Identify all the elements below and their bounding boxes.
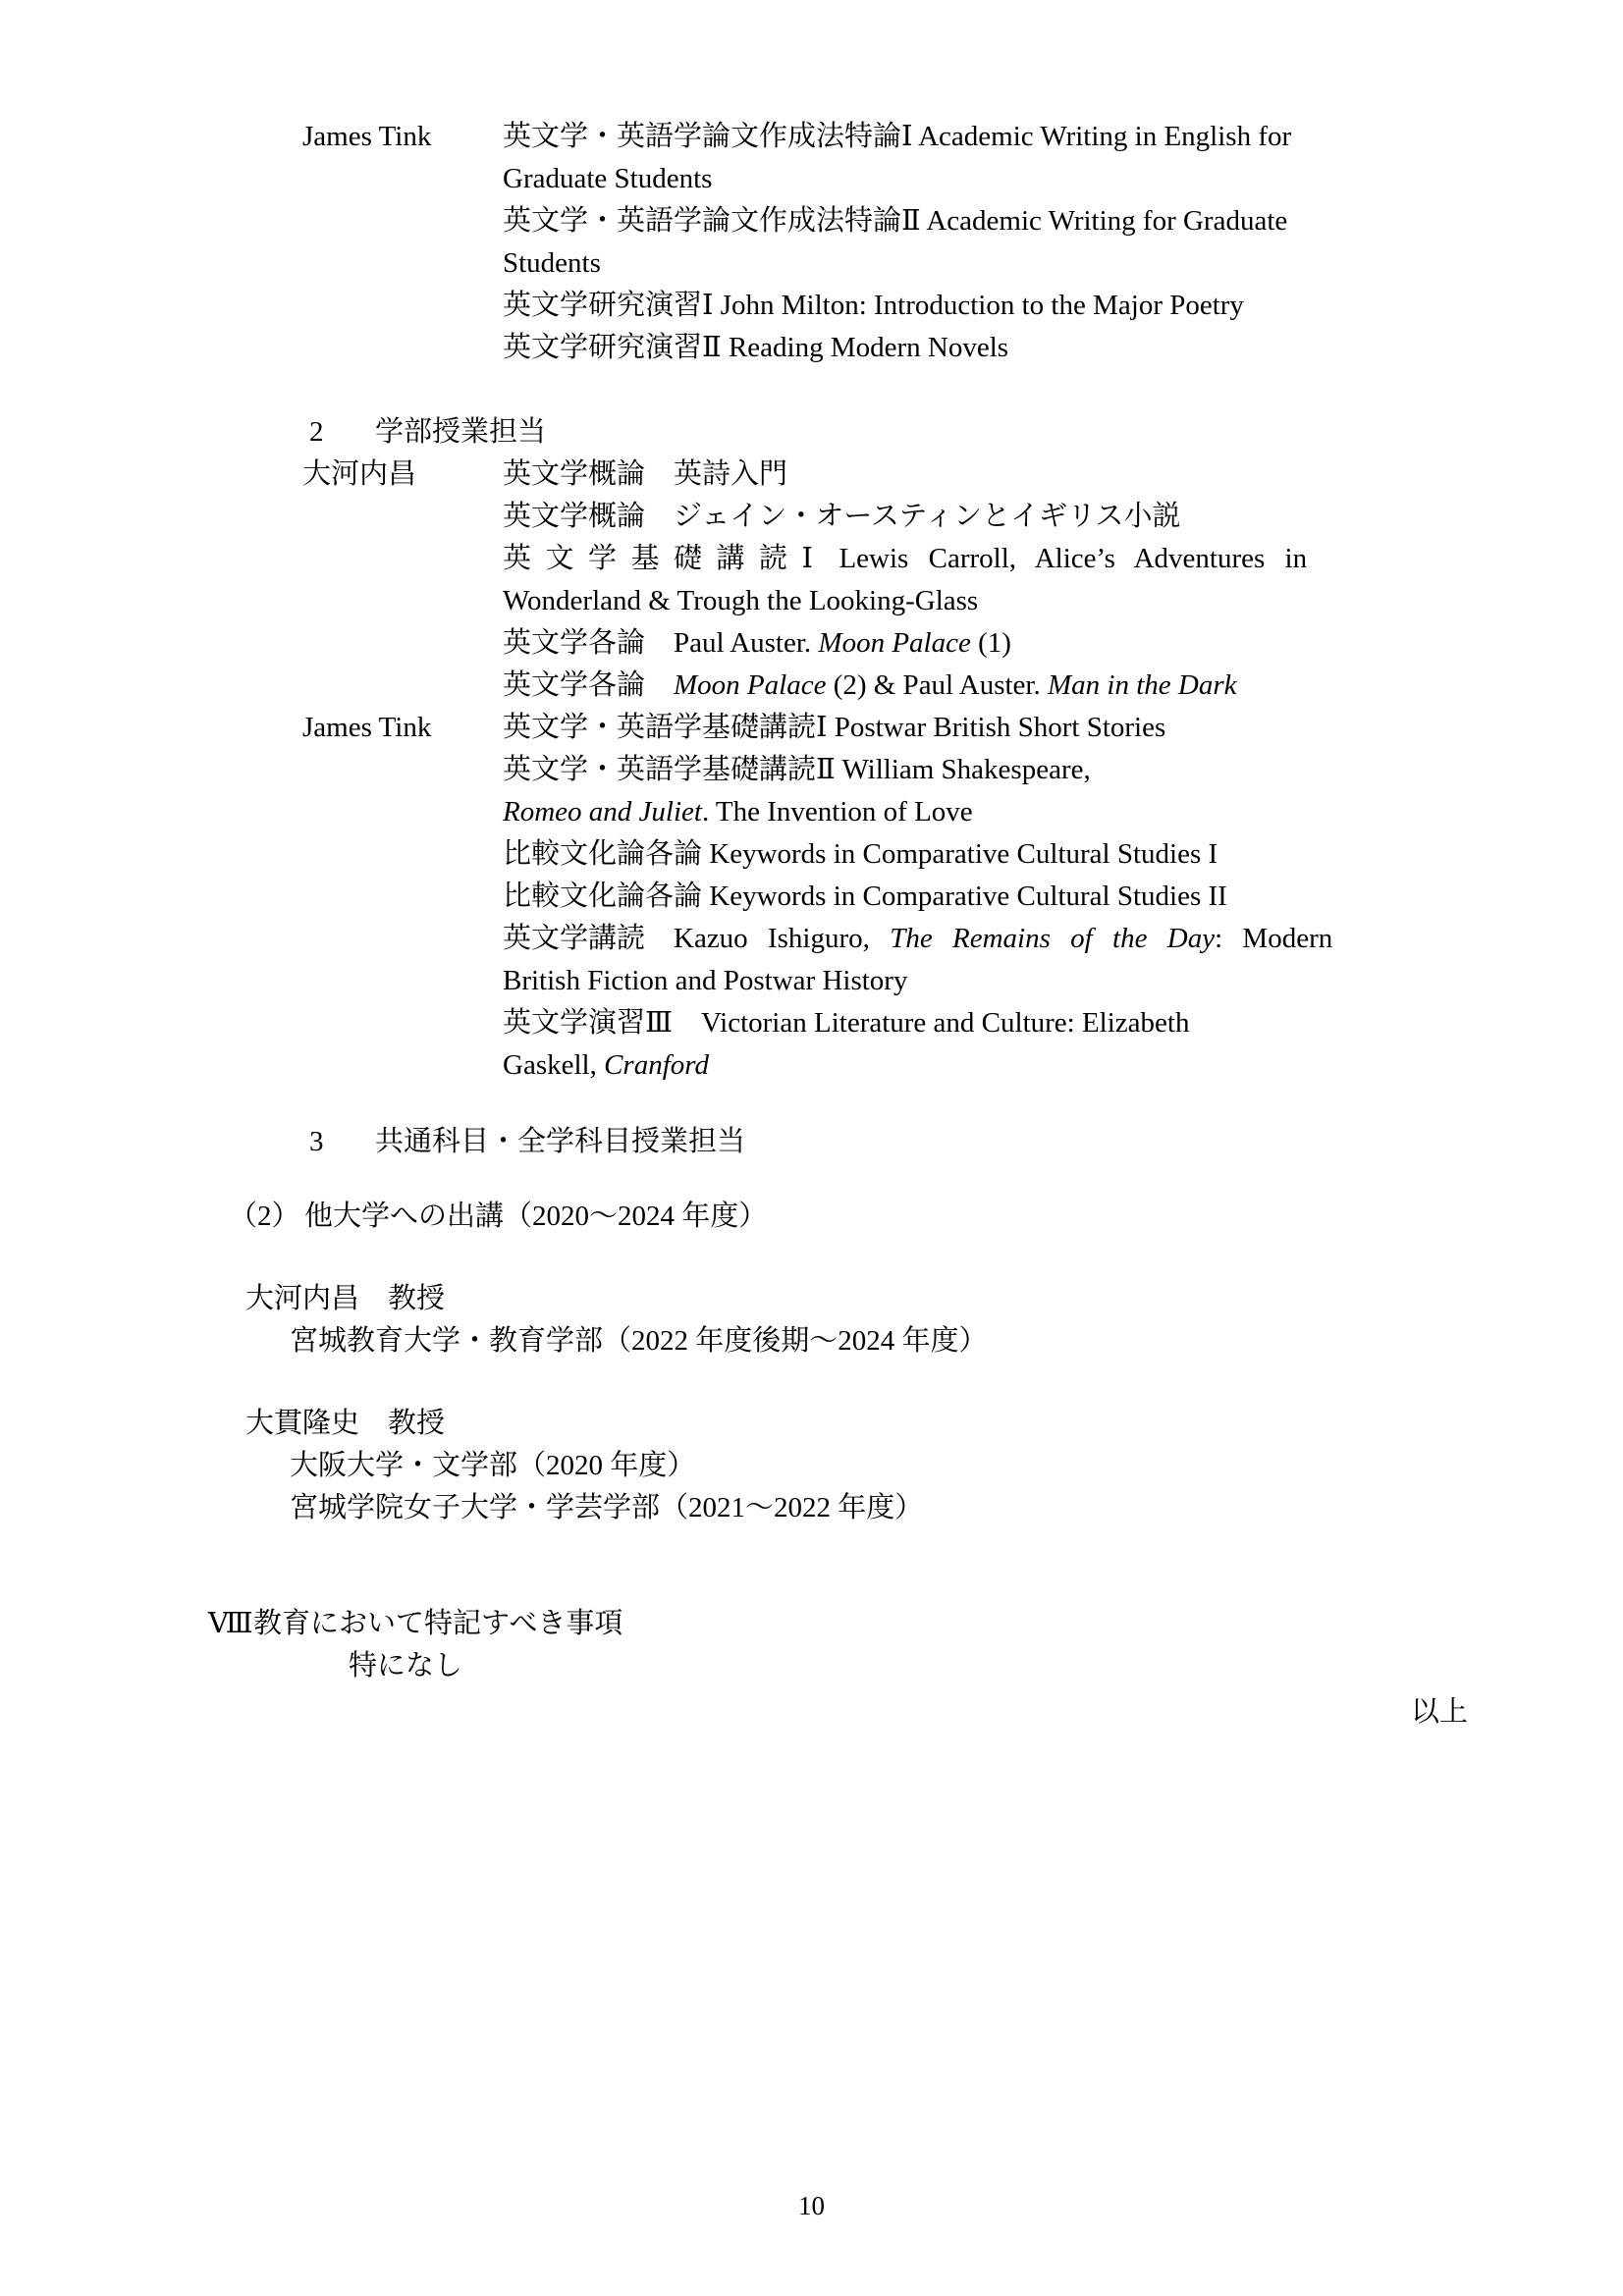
instructor-entry: 大河内昌英文学概論 英詩入門英文学概論 ジェイン・オースティンとイギリス小説英文… [0, 454, 1623, 707]
course-line: 英文学講読 Kazuo Ishiguro, The Remains of the… [503, 918, 1445, 960]
course-line: Romeo and Juliet. The Invention of Love [503, 791, 1445, 833]
course-line: 英文学概論 ジェイン・オースティンとイギリス小説 [503, 496, 1445, 538]
professor-entry: 大貫隆史教授大阪大学・文学部（2020 年度）宮城学院女子大学・学芸学部（202… [0, 1403, 1623, 1529]
course-line: 英文学各論 Paul Auster. Moon Palace (1) [503, 622, 1445, 665]
section-undergraduate-courses: 2 学部授業担当 大河内昌英文学概論 英詩入門英文学概論 ジェイン・オースティン… [0, 411, 1623, 1087]
section-graduate-courses-continued: James Tink 英文学・英語学論文作成法特論Ⅰ Academic Writ… [0, 116, 1623, 369]
section-title: 共通科目・全学科目授業担当 [375, 1121, 1623, 1163]
professor-name-line: 大貫隆史教授 [245, 1403, 1623, 1445]
course-line: 英文学・英語学基礎講読Ⅱ William Shakespeare, [503, 749, 1445, 791]
professor-entries: 大河内昌教授宮城教育大学・教育学部（2022 年度後期～2024 年度）大貫隆史… [0, 1278, 1623, 1529]
course-line: Students [503, 242, 1445, 285]
section-common-courses: 3 共通科目・全学科目授業担当 [0, 1121, 1623, 1163]
course-line: 英文学基礎講読ⅠLewis Carroll, Alice’s Adventure… [503, 538, 1445, 580]
subsection-title: 他大学への出講（2020～2024 年度） [304, 1196, 1623, 1238]
section-roman-numeral: Ⅷ [208, 1603, 253, 1645]
instructor-name: 大河内昌 [302, 454, 416, 496]
page-number: 10 [0, 2185, 1623, 2227]
course-line: 英文学各論 Moon Palace (2) & Paul Auster. Man… [503, 665, 1445, 707]
section-title: 学部授業担当 [375, 411, 1623, 454]
course-line: 英文学概論 英詩入門 [503, 454, 1445, 496]
professor-name-line: 大河内昌教授 [245, 1278, 1623, 1320]
course-line: 比較文化論各論 Keywords in Comparative Cultural… [503, 833, 1445, 876]
subsection-heading: （2） 他大学への出講（2020～2024 年度） [0, 1196, 1623, 1238]
professor-name: 大河内昌 [245, 1283, 359, 1314]
document-page: James Tink 英文学・英語学論文作成法特論Ⅰ Academic Writ… [0, 0, 1623, 2296]
course-line: Graduate Students [503, 158, 1445, 200]
closing-text: 以上 [1411, 1691, 1468, 1734]
affiliation-line: 大阪大学・文学部（2020 年度） [290, 1445, 1623, 1487]
professor-entry: 大河内昌教授宮城教育大学・教育学部（2022 年度後期～2024 年度） [0, 1278, 1623, 1362]
section-other-university-lectures: （2） 他大学への出講（2020～2024 年度） 大河内昌教授宮城教育大学・教… [0, 1196, 1623, 1529]
notes-body: 特になし [349, 1645, 1623, 1687]
course-line: Wonderland & Trough the Looking-Glass [503, 580, 1445, 622]
course-line: 英文学研究演習Ⅰ John Milton: Introduction to th… [503, 285, 1445, 327]
section-special-notes: Ⅷ 教育において特記すべき事項 特になし [0, 1603, 1623, 1687]
course-line: 英文学演習Ⅲ Victorian Literature and Culture:… [503, 1002, 1445, 1044]
section-number: 3 [309, 1121, 324, 1163]
course-line: 英文学・英語学論文作成法特論Ⅱ Academic Writing for Gra… [503, 200, 1445, 242]
course-line: British Fiction and Postwar History [503, 960, 1445, 1002]
course-line: 英文学・英語学論文作成法特論Ⅰ Academic Writing in Engl… [503, 116, 1445, 158]
course-lines: 英文学・英語学論文作成法特論Ⅰ Academic Writing in Engl… [503, 116, 1445, 369]
course-line: 英文学研究演習Ⅱ Reading Modern Novels [503, 327, 1445, 369]
affiliation-line: 宮城教育大学・教育学部（2022 年度後期～2024 年度） [290, 1320, 1623, 1362]
section-number: 2 [309, 411, 324, 454]
section-heading: 3 共通科目・全学科目授業担当 [0, 1121, 1623, 1163]
instructor-entry: James Tink英文学・英語学基礎講読Ⅰ Postwar British S… [0, 707, 1623, 1087]
affiliation-line: 宮城学院女子大学・学芸学部（2021～2022 年度） [290, 1487, 1623, 1529]
section-heading: Ⅷ 教育において特記すべき事項 [0, 1603, 1623, 1645]
instructor-name: James Tink [302, 707, 431, 749]
course-lines: 英文学概論 英詩入門英文学概論 ジェイン・オースティンとイギリス小説英文学基礎講… [503, 454, 1445, 707]
course-lines: 英文学・英語学基礎講読Ⅰ Postwar British Short Stori… [503, 707, 1445, 1087]
professor-position: 教授 [388, 1283, 445, 1314]
instructor-name: James Tink [302, 116, 431, 158]
section-heading: 2 学部授業担当 [0, 411, 1623, 454]
course-line: 英文学・英語学基礎講読Ⅰ Postwar British Short Stori… [503, 707, 1445, 749]
course-line: Gaskell, Cranford [503, 1044, 1445, 1087]
section-title: 教育において特記すべき事項 [253, 1603, 1623, 1645]
professor-name: 大貫隆史 [245, 1408, 359, 1439]
instructor-entries: 大河内昌英文学概論 英詩入門英文学概論 ジェイン・オースティンとイギリス小説英文… [0, 454, 1623, 1087]
subsection-number: （2） [229, 1196, 300, 1238]
professor-position: 教授 [388, 1408, 445, 1439]
course-line: 比較文化論各論 Keywords in Comparative Cultural… [503, 876, 1445, 918]
